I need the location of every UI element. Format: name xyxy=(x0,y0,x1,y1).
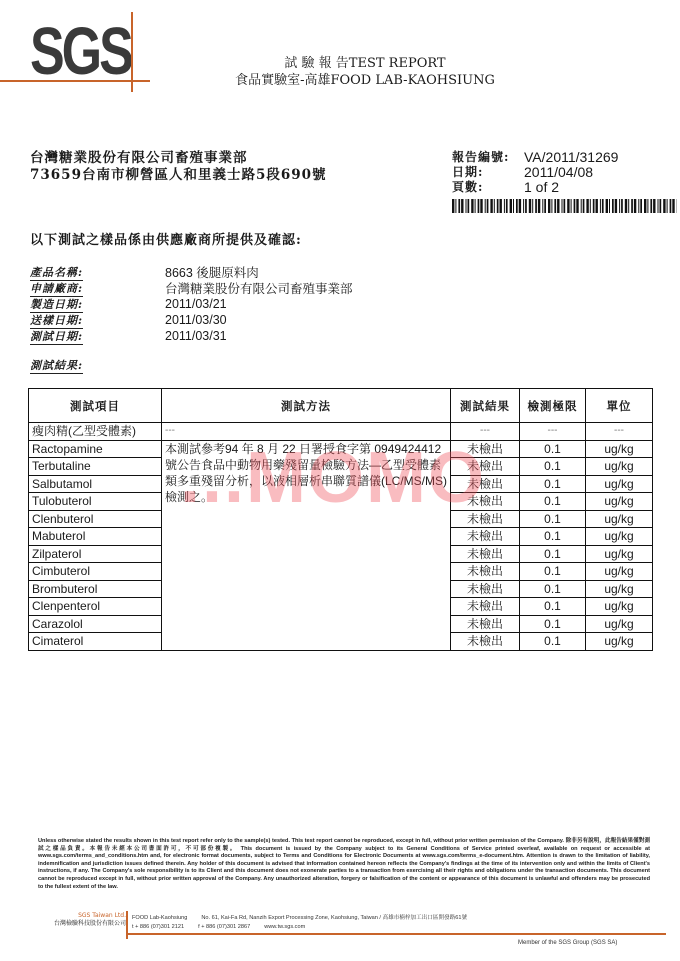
sample-info-value: 2011/03/21 xyxy=(165,297,227,311)
test-result: 未檢出 xyxy=(451,510,520,528)
table-header-row: 測試項目 測試方法 測試結果 檢測極限 單位 xyxy=(29,389,653,423)
detection-limit: 0.1 xyxy=(520,633,586,651)
header-unit: 單位 xyxy=(586,389,653,423)
intro-statement: 以下測試之樣品係由供應廠商所提供及確認: xyxy=(30,229,302,248)
group-method: --- xyxy=(162,423,451,441)
report-meta: 報告編號: VA/2011/31269 日期: 2011/04/08 頁數: 1… xyxy=(452,150,618,195)
footer-contact: FOOD Lab-KaohsiungNo. 61, Kai-Fa Rd, Nan… xyxy=(132,914,481,931)
footer-lab: FOOD Lab-Kaohsiung xyxy=(132,915,187,921)
unit: ug/kg xyxy=(586,598,653,616)
test-item: Clenpenterol xyxy=(29,598,162,616)
test-result: 未檢出 xyxy=(451,580,520,598)
unit: ug/kg xyxy=(586,493,653,511)
unit: ug/kg xyxy=(586,633,653,651)
footer-divider xyxy=(126,933,666,935)
unit: ug/kg xyxy=(586,580,653,598)
unit: ug/kg xyxy=(586,615,653,633)
detection-limit: 0.1 xyxy=(520,563,586,581)
table-row: Ractopamine本測試參考94 年 8 月 22 日署授食字第 09494… xyxy=(29,440,653,458)
group-result: --- xyxy=(451,423,520,441)
client-name: 台灣糖業股份有限公司畜殖事業部 xyxy=(30,150,327,167)
unit: ug/kg xyxy=(586,563,653,581)
date-label: 日期: xyxy=(452,165,524,180)
results-heading: 測試結果: xyxy=(30,357,83,373)
footer-web[interactable]: www.tw.sgs.com xyxy=(264,924,305,930)
test-item: Clenbuterol xyxy=(29,510,162,528)
test-item: Zilpaterol xyxy=(29,545,162,563)
header-test-item: 測試項目 xyxy=(29,389,162,423)
sgs-member-note: Member of the SGS Group (SGS SA) xyxy=(518,940,617,946)
test-result: 未檢出 xyxy=(451,633,520,651)
sample-info-row: 測試日期:2011/03/31 xyxy=(30,328,353,344)
unit: ug/kg xyxy=(586,458,653,476)
test-result: 未檢出 xyxy=(451,528,520,546)
client-address: 73659台南市柳營區人和里義士路5段690號 xyxy=(30,167,327,184)
test-result: 未檢出 xyxy=(451,493,520,511)
company-name-zh: 台灣檢驗科技股份有限公司 xyxy=(38,920,126,928)
unit: ug/kg xyxy=(586,510,653,528)
detection-limit: 0.1 xyxy=(520,510,586,528)
test-item: Mabuterol xyxy=(29,528,162,546)
results-table-wrap: 測試項目 測試方法 測試結果 檢測極限 單位 瘦肉精(乙型受體素) --- --… xyxy=(28,388,652,651)
footer-company: SGS Taiwan Ltd. 台灣檢驗科技股份有限公司 xyxy=(38,912,126,928)
test-result: 未檢出 xyxy=(451,598,520,616)
table-group-row: 瘦肉精(乙型受體素) --- --- --- --- xyxy=(29,423,653,441)
footer-tel: t + 886 (07)301 2121 xyxy=(132,924,184,930)
header-detection-limit: 檢測極限 xyxy=(520,389,586,423)
sample-info-value: 2011/03/31 xyxy=(165,329,227,343)
pages-label: 頁數: xyxy=(452,180,524,195)
report-title-line1: 試 驗 報 告TEST REPORT xyxy=(50,55,680,72)
report-title-line2: 食品實驗室-高雄FOOD LAB-KAOHSIUNG xyxy=(50,72,680,89)
unit: ug/kg xyxy=(586,475,653,493)
unit: ug/kg xyxy=(586,545,653,563)
test-item: Tulobuterol xyxy=(29,493,162,511)
test-item: Salbutamol xyxy=(29,475,162,493)
header-test-result: 測試結果 xyxy=(451,389,520,423)
test-result: 未檢出 xyxy=(451,475,520,493)
detection-limit: 0.1 xyxy=(520,493,586,511)
sample-info: 產品名稱:8663 後腿原料肉申請廠商:台灣糖業股份有限公司畜殖事業部製造日期:… xyxy=(30,264,353,344)
test-result: 未檢出 xyxy=(451,615,520,633)
test-item: Ractopamine xyxy=(29,440,162,458)
test-method: 本測試參考94 年 8 月 22 日署授食字第 0949424412 號公告食品… xyxy=(162,440,451,650)
detection-limit: 0.1 xyxy=(520,545,586,563)
detection-limit: 0.1 xyxy=(520,440,586,458)
company-name-en: SGS Taiwan Ltd. xyxy=(38,912,126,920)
detection-limit: 0.1 xyxy=(520,528,586,546)
page-count: 1 of 2 xyxy=(524,180,559,195)
detection-limit: 0.1 xyxy=(520,615,586,633)
test-item: Cimaterol xyxy=(29,633,162,651)
test-item: Brombuterol xyxy=(29,580,162,598)
footer-accent-line xyxy=(126,911,128,939)
sample-info-label: 申請廠商: xyxy=(30,280,165,296)
detection-limit: 0.1 xyxy=(520,598,586,616)
sample-info-label: 測試日期: xyxy=(30,328,165,344)
legal-disclaimer: Unless otherwise stated the results show… xyxy=(38,838,650,891)
report-title: 試 驗 報 告TEST REPORT 食品實驗室-高雄FOOD LAB-KAOH… xyxy=(0,55,680,89)
detection-limit: 0.1 xyxy=(520,458,586,476)
test-result: 未檢出 xyxy=(451,563,520,581)
sample-info-row: 產品名稱:8663 後腿原料肉 xyxy=(30,264,353,280)
group-limit: --- xyxy=(520,423,586,441)
test-item: Carazolol xyxy=(29,615,162,633)
sample-info-label: 產品名稱: xyxy=(30,264,165,280)
barcode xyxy=(452,199,677,213)
sample-info-value: 2011/03/30 xyxy=(165,313,227,327)
unit: ug/kg xyxy=(586,440,653,458)
header-test-method: 測試方法 xyxy=(162,389,451,423)
report-date: 2011/04/08 xyxy=(524,165,593,180)
sample-info-row: 製造日期:2011/03/21 xyxy=(30,296,353,312)
test-result: 未檢出 xyxy=(451,545,520,563)
sample-info-label: 製造日期: xyxy=(30,296,165,312)
detection-limit: 0.1 xyxy=(520,475,586,493)
group-unit: --- xyxy=(586,423,653,441)
test-item: Terbutaline xyxy=(29,458,162,476)
test-result: 未檢出 xyxy=(451,440,520,458)
client-block: 台灣糖業股份有限公司畜殖事業部 73659台南市柳營區人和里義士路5段690號 xyxy=(30,150,327,184)
results-table: 測試項目 測試方法 測試結果 檢測極限 單位 瘦肉精(乙型受體素) --- --… xyxy=(28,388,653,651)
sample-info-row: 送樣日期:2011/03/30 xyxy=(30,312,353,328)
test-result: 未檢出 xyxy=(451,458,520,476)
footer-address: No. 61, Kai-Fa Rd, Nanzih Export Process… xyxy=(201,915,467,921)
test-item: Cimbuterol xyxy=(29,563,162,581)
footer-fax: f + 886 (07)301 2867 xyxy=(198,924,250,930)
report-no: VA/2011/31269 xyxy=(524,150,618,165)
group-item: 瘦肉精(乙型受體素) xyxy=(29,423,162,441)
unit: ug/kg xyxy=(586,528,653,546)
report-no-label: 報告編號: xyxy=(452,150,524,165)
sample-info-value: 台灣糖業股份有限公司畜殖事業部 xyxy=(165,279,353,297)
detection-limit: 0.1 xyxy=(520,580,586,598)
sample-info-row: 申請廠商:台灣糖業股份有限公司畜殖事業部 xyxy=(30,280,353,296)
sample-info-label: 送樣日期: xyxy=(30,312,165,328)
